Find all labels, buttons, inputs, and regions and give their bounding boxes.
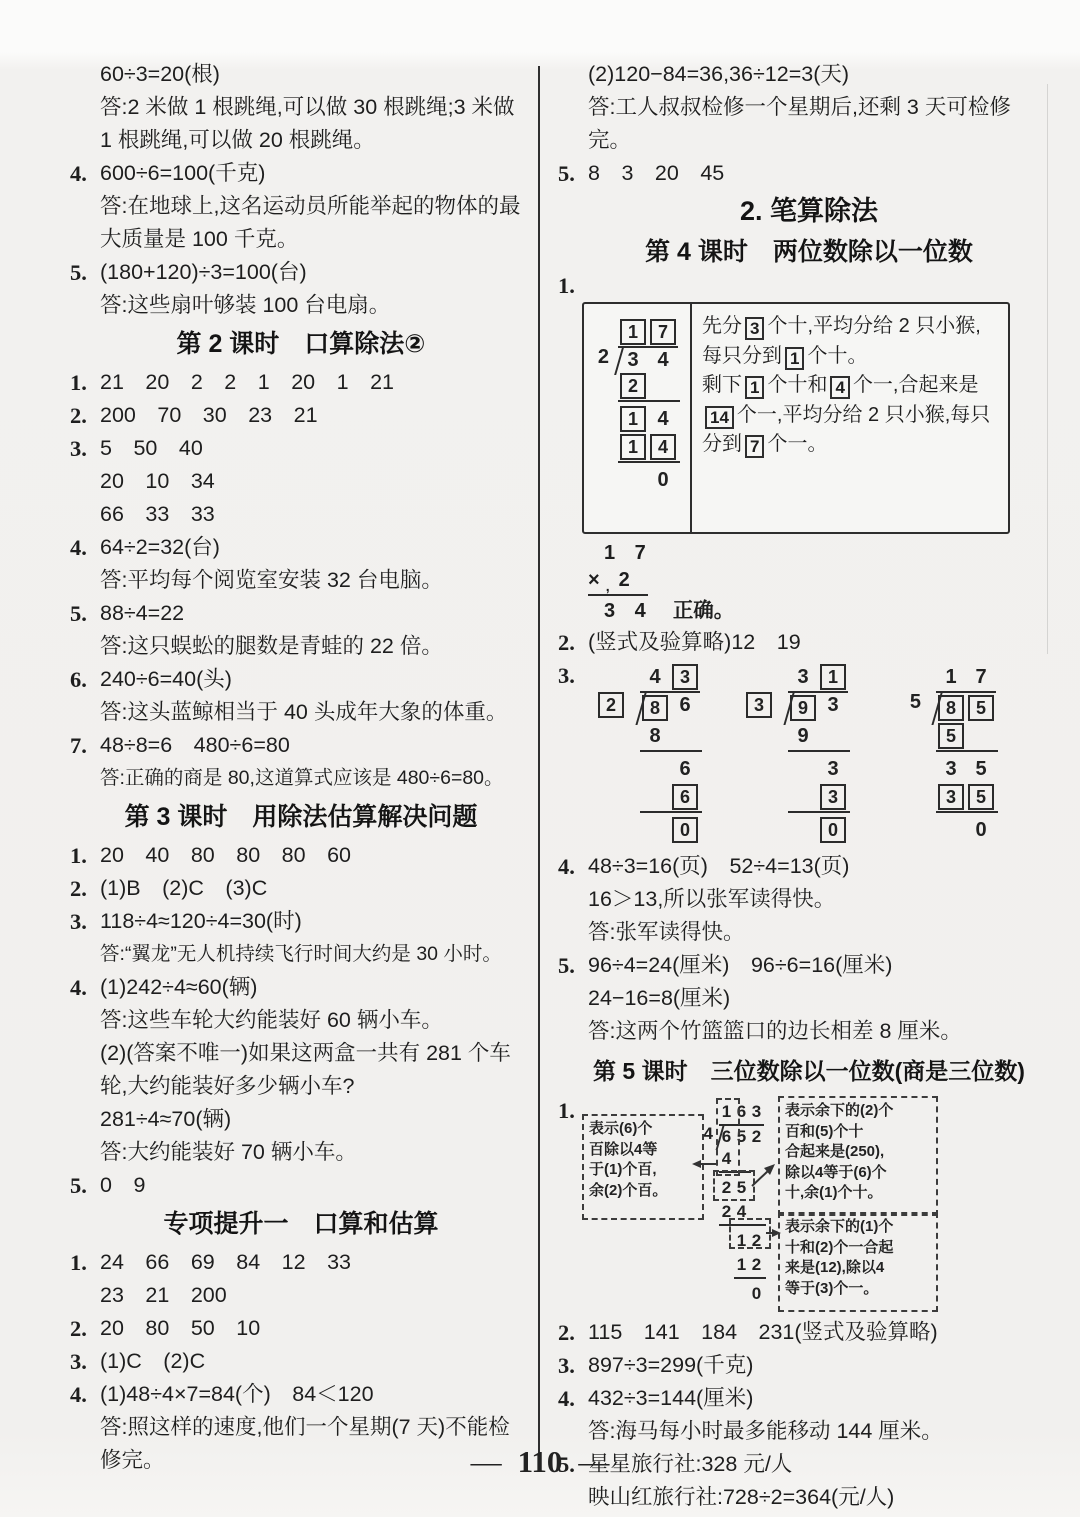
boxed-digit: 1 (820, 664, 846, 690)
long-division-86-by-2: 43 286 8 6 6 0 (596, 663, 702, 844)
answer-line: 20 10 34 (70, 465, 532, 498)
digit: 3 (818, 694, 848, 722)
answer-line: 答:2 米做 1 根跳绳,可以做 30 根跳绳;3 米做 (70, 91, 532, 124)
explanation-line: 14个一,平均分给 2 只小猴,每只 (702, 401, 1002, 431)
footer-dash: — (471, 1444, 502, 1479)
problem-line: 4.(1)48÷4×7=84(个) 84＜120 (70, 1378, 532, 1411)
digit: 3 (818, 755, 848, 783)
boxed-number: 14 (705, 406, 734, 429)
answer-line: 答:这些扇叶够装 100 台电扇。 (70, 289, 532, 322)
boxed-digit: 8 (642, 695, 668, 721)
digit: 0 (648, 466, 678, 494)
problem-line: 1.20 40 80 80 80 60 (70, 839, 532, 872)
boxed-digit: 1 (620, 319, 646, 345)
right-column: (2)120−84=36,36÷12=3(天) 答:工人叔叔检修一个星期后,还剩… (558, 58, 1060, 1514)
problem-line: 4.64÷2=32(台) (70, 531, 532, 564)
lesson-heading: 第 5 课时 三位数除以一位数(商是三位数) (558, 1048, 1060, 1094)
division-explanation-box: 17 234 2 14 14 0 先分3个十,平均分给 2 只小猴, 每只分到1… (582, 302, 1010, 534)
problem-line: 6.240÷6=40(头) (70, 663, 532, 696)
problem-line: 4.(1)242÷4≈60(辆) (70, 971, 532, 1004)
answer-line: 1 根跳绳,可以做 20 根跳绳。 (70, 124, 532, 157)
boxed-digit: 0 (820, 817, 846, 843)
multiplication-line (588, 594, 648, 596)
boxed-number: 1 (745, 376, 764, 399)
boxed-number: 3 (745, 317, 764, 340)
product-row: 3 4正确。 (588, 597, 1060, 624)
multiplier-row: ×,2 (588, 567, 1060, 594)
section-heading: 2. 笔算除法 (558, 190, 1060, 232)
boxed-digit: 0 (672, 817, 698, 843)
answer-line: 答:“翼龙”无人机持续飞行时间大约是 30 小时。 (70, 938, 532, 971)
boxed-digit: 4 (650, 434, 676, 460)
annotation-box-ones: 表示余下的(1)个十和(2)个一合起来是(12),除以4等于(3)个一。 (778, 1212, 938, 1312)
problem-line: 2.(竖式及验算略)12 19 (558, 626, 1060, 659)
digit: 0 (966, 816, 996, 844)
answer-line: 281÷4≈70(辆) (70, 1103, 532, 1136)
correct-note: 正确。 (673, 599, 735, 622)
problem-line: 1.21 20 2 2 1 20 1 21 (70, 366, 532, 399)
boxed-digit: 2 (598, 692, 624, 718)
answer-line: 答:正确的商是 80,这道算式应该是 480÷6=80。 (70, 762, 532, 795)
digit: 4 (648, 405, 678, 433)
answer-line: 映山红旅行社:728÷2=364(元/人) (558, 1481, 1060, 1514)
item-number: 1. (558, 272, 1060, 300)
answer-line: 答:这两个竹篮篮口的边长相差 8 厘米。 (558, 1015, 1060, 1048)
boxed-digit: 3 (820, 784, 846, 810)
problem-line: 3.118÷4≈120÷4=30(时) (70, 905, 532, 938)
boxed-number: 7 (745, 435, 764, 458)
boxed-digit: 3 (746, 692, 772, 718)
problem-line: 5.8 3 20 45 (558, 157, 1060, 190)
answer-line: 16＞13,所以张军读得快。 (558, 883, 1060, 916)
multiplicand: 1 7 (588, 540, 1060, 567)
problem-line: 3.897÷3=299(千克) (558, 1349, 1060, 1382)
problem-line: 4.432÷3=144(厘米) (558, 1382, 1060, 1415)
problem-line: 3.(1)C (2)C (70, 1345, 532, 1378)
digit: 9 (788, 722, 818, 750)
boxed-number: 1 (785, 347, 804, 370)
problem-line: 5.96÷4=24(厘米) 96÷6=16(厘米) (558, 949, 1060, 982)
boxed-digit: 6 (672, 784, 698, 810)
left-column: 60÷3=20(根) 答:2 米做 1 根跳绳,可以做 30 根跳绳;3 米做 … (70, 58, 532, 1477)
lesson-heading: 第 2 课时 口算除法② (70, 322, 532, 366)
long-division-85-by-5: 17 585 5 35 35 0 (892, 663, 998, 844)
answer-line: (2)120−84=36,36÷12=3(天) (558, 58, 1060, 91)
lesson-heading: 第 4 课时 两位数除以一位数 (558, 232, 1060, 272)
answer-line: 答:在地球上,这名运动员所能举起的物体的最 (70, 190, 532, 223)
digit: 3 (788, 663, 818, 691)
digit: 3 (936, 755, 966, 783)
problem-line: 1.24 66 69 84 12 33 (70, 1246, 532, 1279)
problem-line: 2.(1)B (2)C (3)C (70, 872, 532, 905)
digit: 6 (670, 694, 700, 722)
explanation-line: 分到7个一。 (702, 430, 1002, 460)
answer-line: 答:这头蓝鲸相当于 40 头成年大象的体重。 (70, 696, 532, 729)
answer-line: 答:工人叔叔检修一个星期后,还剩 3 天可检修 (558, 91, 1060, 124)
answer-line: 66 33 33 (70, 498, 532, 531)
item-number: 3. (558, 663, 575, 689)
carry-mark: , (606, 578, 610, 594)
problem-line: 4.600÷6=100(千克) (70, 157, 532, 190)
times-sign: × (588, 569, 600, 591)
boxed-digit: 1 (620, 406, 646, 432)
digit: 4 (648, 349, 678, 372)
boxed-digit: 9 (790, 695, 816, 721)
problem-line: 5.88÷4=22 (70, 597, 532, 630)
boxed-digit: 1 (620, 434, 646, 460)
digit: 4 (640, 663, 670, 691)
problem-line: 3.5 50 40 (70, 432, 532, 465)
section-heading: 专项提升一 口算和估算 (70, 1202, 532, 1246)
boxed-digit: 7 (650, 319, 676, 345)
problem-line: 2.200 70 30 23 21 (70, 399, 532, 432)
answer-line: 完。 (558, 124, 1060, 157)
answer-line: 大质量是 100 千克。 (70, 223, 532, 256)
explanation-line: 先分3个十,平均分给 2 只小猴, (702, 312, 1002, 342)
answer-line: 24−16=8(厘米) (558, 982, 1060, 1015)
lesson-heading: 第 3 课时 用除法估算解决问题 (70, 795, 532, 839)
page-number: 110 (518, 1444, 563, 1479)
problem-line: 2.20 80 50 10 (70, 1312, 532, 1345)
dashed-highlight-first-step (716, 1098, 740, 1176)
digit: 3 (618, 349, 648, 372)
annotation-box-tens: 表示余下的(2)个百和(5)个十合起来是(250),除以4等于(6)个十,余(1… (778, 1096, 938, 1216)
answer-line: 轮,大约能装好多少辆小车? (70, 1070, 532, 1103)
boxed-digit: 5 (938, 723, 964, 749)
annotation-box-hundreds: 表示(6)个百除以4等于(1)个百,余(2)个百。 (582, 1114, 704, 1220)
column-divider (538, 66, 540, 1456)
answer-line: 60÷3=20(根) (70, 58, 532, 91)
boxed-digit: 3 (672, 664, 698, 690)
boxed-digit: 5 (968, 784, 994, 810)
footer-dash: — (578, 1444, 609, 1479)
digit: 6 (670, 755, 700, 783)
answer-line: 答:照这样的速度,他们一个星期(7 天)不能检 (70, 1411, 532, 1444)
digit: 1 (936, 663, 966, 691)
problem-line: 2.115 141 184 231(竖式及验算略) (558, 1316, 1060, 1349)
answer-line: 答:张军读得快。 (558, 916, 1060, 949)
multiplication-check: 1 7 ×,2 3 4正确。 (588, 540, 1060, 624)
arrow-up-right-icon (749, 1160, 779, 1190)
problem-line: 4.48÷3=16(页) 52÷4=13(页) (558, 850, 1060, 883)
answer-line: 23 21 200 (70, 1279, 532, 1312)
problem-line: 7.48÷8=6 480÷6=80 (70, 729, 532, 762)
problem-line: 5.(180+120)÷3=100(台) (70, 256, 532, 289)
division-underline (734, 1277, 766, 1281)
digit: 5 (966, 755, 996, 783)
boxed-number: 4 (830, 376, 849, 399)
page-footer: —110— (0, 1444, 1080, 1480)
problem-line: 5.0 9 (70, 1169, 532, 1202)
boxed-digit: 2 (620, 373, 646, 399)
long-division-34-by-2: 17 234 2 14 14 0 (584, 304, 692, 532)
explanation-line: 每只分到1个十。 (702, 342, 1002, 372)
explanation-line: 剩下1个十和4个一,合起来是 (702, 371, 1002, 401)
answer-line: 答:这只蜈蚣的腿数是青蛙的 22 倍。 (70, 630, 532, 663)
boxed-digit: 8 (938, 695, 964, 721)
boxed-digit: 3 (938, 784, 964, 810)
answer-line: (2)(答案不唯一)如果这两盒一共有 281 个车 (70, 1037, 532, 1070)
digit: 7 (966, 663, 996, 691)
digit: 8 (640, 722, 670, 750)
arrow-left-icon (690, 1157, 718, 1171)
boxed-digit: 5 (968, 695, 994, 721)
division-group: 3. 43 286 8 6 6 0 31 393 9 3 3 0 17 585 … (558, 663, 1060, 844)
explanation-text: 先分3个十,平均分给 2 只小猴, 每只分到1个十。 剩下1个十和4个一,合起来… (692, 304, 1008, 532)
item-number: 1. (558, 1098, 575, 1124)
annotated-division-diagram: 1. 表示(6)个百除以4等于(1)个百,余(2)个百。 163 4652 4 … (558, 1096, 1060, 1312)
long-division-93-by-3: 31 393 9 3 3 0 (744, 663, 850, 844)
answer-line: 答:大约能装好 70 辆小车。 (70, 1136, 532, 1169)
answer-line: 答:这些车轮大约能装好 60 辆小车。 (70, 1004, 532, 1037)
answer-line: 答:平均每个阅览室安装 32 台电脑。 (70, 564, 532, 597)
